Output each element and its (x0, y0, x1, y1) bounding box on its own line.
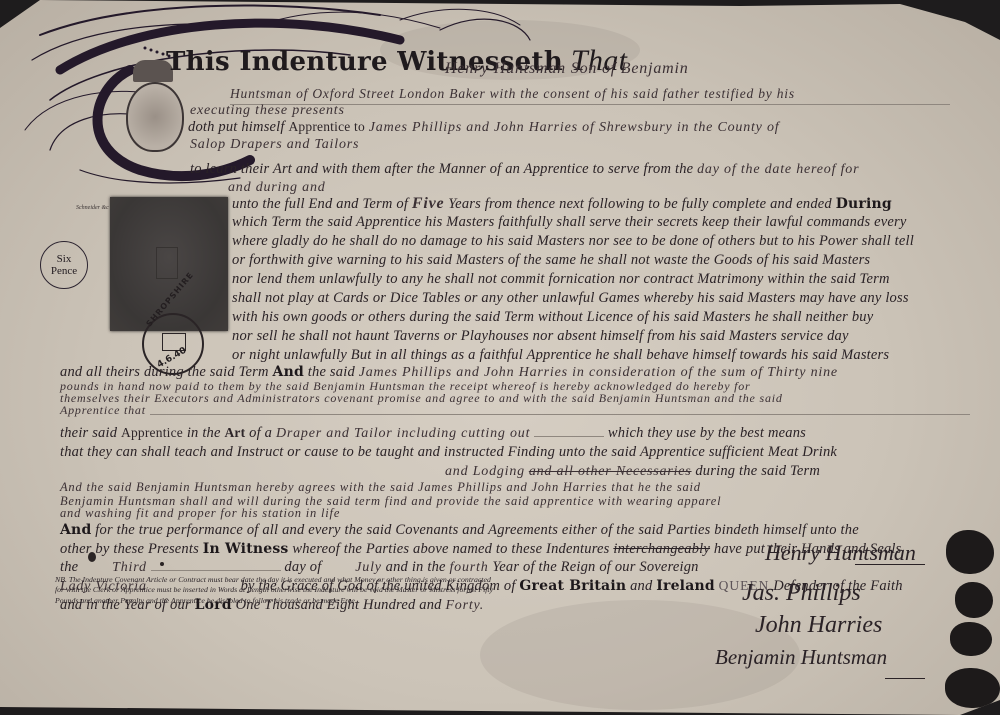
regnal-year-value: fourth (449, 560, 488, 575)
signature-jas-phillips: Jas. Phillips (742, 580, 861, 607)
printed-text: other by these Presents (60, 541, 199, 557)
handwritten-line: Apprentice that (60, 403, 146, 418)
printed-line: shall not play at Cards or Dice Tables o… (232, 290, 909, 307)
blank-line (151, 570, 281, 571)
printed-text: the (60, 559, 78, 575)
printed-text: and (630, 578, 652, 594)
printed-line: doth put himself Apprentice to James Phi… (188, 119, 780, 136)
handwritten-text: day of the date hereof for (697, 162, 859, 177)
ink-blot (160, 562, 164, 566)
shropshire-postmark: SHROPSHIRE 4.6.40 (142, 313, 204, 375)
printed-line: their said Apprentice in the Art of a Dr… (60, 425, 806, 442)
handwritten-text: and Lodging (445, 464, 525, 479)
printed-text: unto the full End and Term of (232, 196, 408, 212)
blackletter-text: And (273, 364, 304, 380)
printed-line: where gladly do he shall do no damage to… (232, 233, 914, 250)
handwritten-line: executing these presents (190, 103, 345, 119)
apprentice-name: Henry Huntsman Son of Benjamin (445, 60, 689, 78)
printed-text: and in the (386, 559, 446, 575)
printed-text: day of (284, 559, 321, 575)
printed-line: nor sell he shall not haunt Taverns or P… (232, 328, 849, 345)
printed-text: whereof the Parties above named to these… (292, 541, 609, 557)
printed-line: And for the true performance of all and … (60, 522, 859, 539)
printed-text: to learn their Art and with them after t… (190, 161, 693, 177)
struck-text: interchangeably (613, 541, 710, 557)
printed-text: of a (249, 425, 272, 441)
ink-blot (88, 552, 96, 562)
ruled-line (150, 414, 970, 415)
indenture-document: This Indenture WitnessethThat Henry Hunt… (0, 0, 1000, 715)
masters-names: James Phillips and John Harries of Shrew… (369, 120, 780, 135)
handwritten-clause: And the said Benjamin Huntsman hereby ag… (60, 480, 701, 495)
printed-line: with his own goods or others during the … (232, 309, 873, 326)
term-years: Five (412, 195, 445, 212)
duty-label: Six (57, 253, 72, 265)
wax-seal (945, 668, 1000, 708)
printed-text: which they use by the best means (608, 425, 806, 441)
printed-text: Year of the Reign of our Sovereign (492, 559, 698, 575)
handwritten-line: themselves their Executors and Administr… (60, 391, 783, 406)
printed-line: to learn their Art and with them after t… (190, 161, 859, 178)
signature-underline (885, 678, 925, 679)
embossed-mark-icon (156, 247, 178, 279)
blackletter-text: In Witness (203, 541, 289, 557)
handwritten-clause: and washing fit and proper for his stati… (60, 506, 340, 521)
printed-line: or night unlawfully But in all things as… (232, 347, 889, 364)
date-line: the Third day of July and in the fourth … (60, 559, 699, 576)
printed-text: Art (224, 425, 245, 440)
printed-text: for the true performance of all and ever… (95, 522, 859, 538)
printed-line: unto the full End and Term of Five Years… (232, 195, 892, 213)
struck-text: and all other Necessaries (529, 464, 692, 479)
blank-line (534, 436, 604, 437)
handwritten-line: and during and (228, 180, 326, 196)
signature-underline (855, 564, 925, 565)
trade-description: Salop Drapers and Tailors (190, 137, 359, 153)
printed-text: Apprentice (121, 425, 183, 440)
wax-seal (946, 530, 994, 574)
blackletter-text: Ireland (656, 578, 715, 594)
printed-text: the said (308, 364, 355, 380)
handwritten-line: Huntsman of Oxford Street London Baker w… (230, 86, 795, 102)
six-pence-duty-stamp: Six Pence (40, 241, 88, 289)
blackletter-text: During (836, 196, 892, 212)
blackletter-text: And (60, 522, 91, 538)
printed-line: that they can shall teach and Instruct o… (60, 444, 837, 461)
trade-taught: Draper and Tailor including cutting out (276, 426, 530, 441)
printed-line: or forthwith give warning to his said Ma… (232, 252, 870, 269)
wax-seal (955, 582, 993, 618)
blackletter-text: Great Britain (519, 578, 626, 594)
day-value: Third (112, 560, 147, 575)
signature-john-harries: John Harries (755, 612, 882, 639)
month-value: July (355, 560, 382, 575)
printed-text: their said (60, 425, 117, 441)
printed-text: Years from thence next following to be f… (448, 196, 832, 212)
duty-label: Pence (51, 265, 77, 277)
printed-text: doth put himself (188, 119, 285, 135)
legal-footnote: NB. The Indenture Covenant Article or Co… (55, 575, 495, 606)
signature-benjamin-huntsman: Benjamin Huntsman (715, 645, 887, 670)
printed-text: Apprentice to (288, 119, 364, 134)
printed-line: nor lend them unlawfully to any he shall… (232, 271, 890, 288)
printed-text: during the said Term (695, 463, 820, 479)
wax-seal (950, 622, 992, 656)
printed-text: in the (187, 425, 221, 441)
printed-line: and Lodging and all other Necessaries du… (445, 463, 820, 480)
revenue-stamp (110, 197, 228, 331)
printed-line: which Term the said Apprentice his Maste… (232, 214, 907, 231)
coat-of-arms-shield-icon (126, 82, 184, 152)
signature-henry-huntsman: Henry Huntsman (765, 540, 916, 566)
handwritten-text: James Phillips and John Harries in consi… (359, 365, 838, 380)
maker-imprint: Schneider &c (76, 205, 109, 211)
